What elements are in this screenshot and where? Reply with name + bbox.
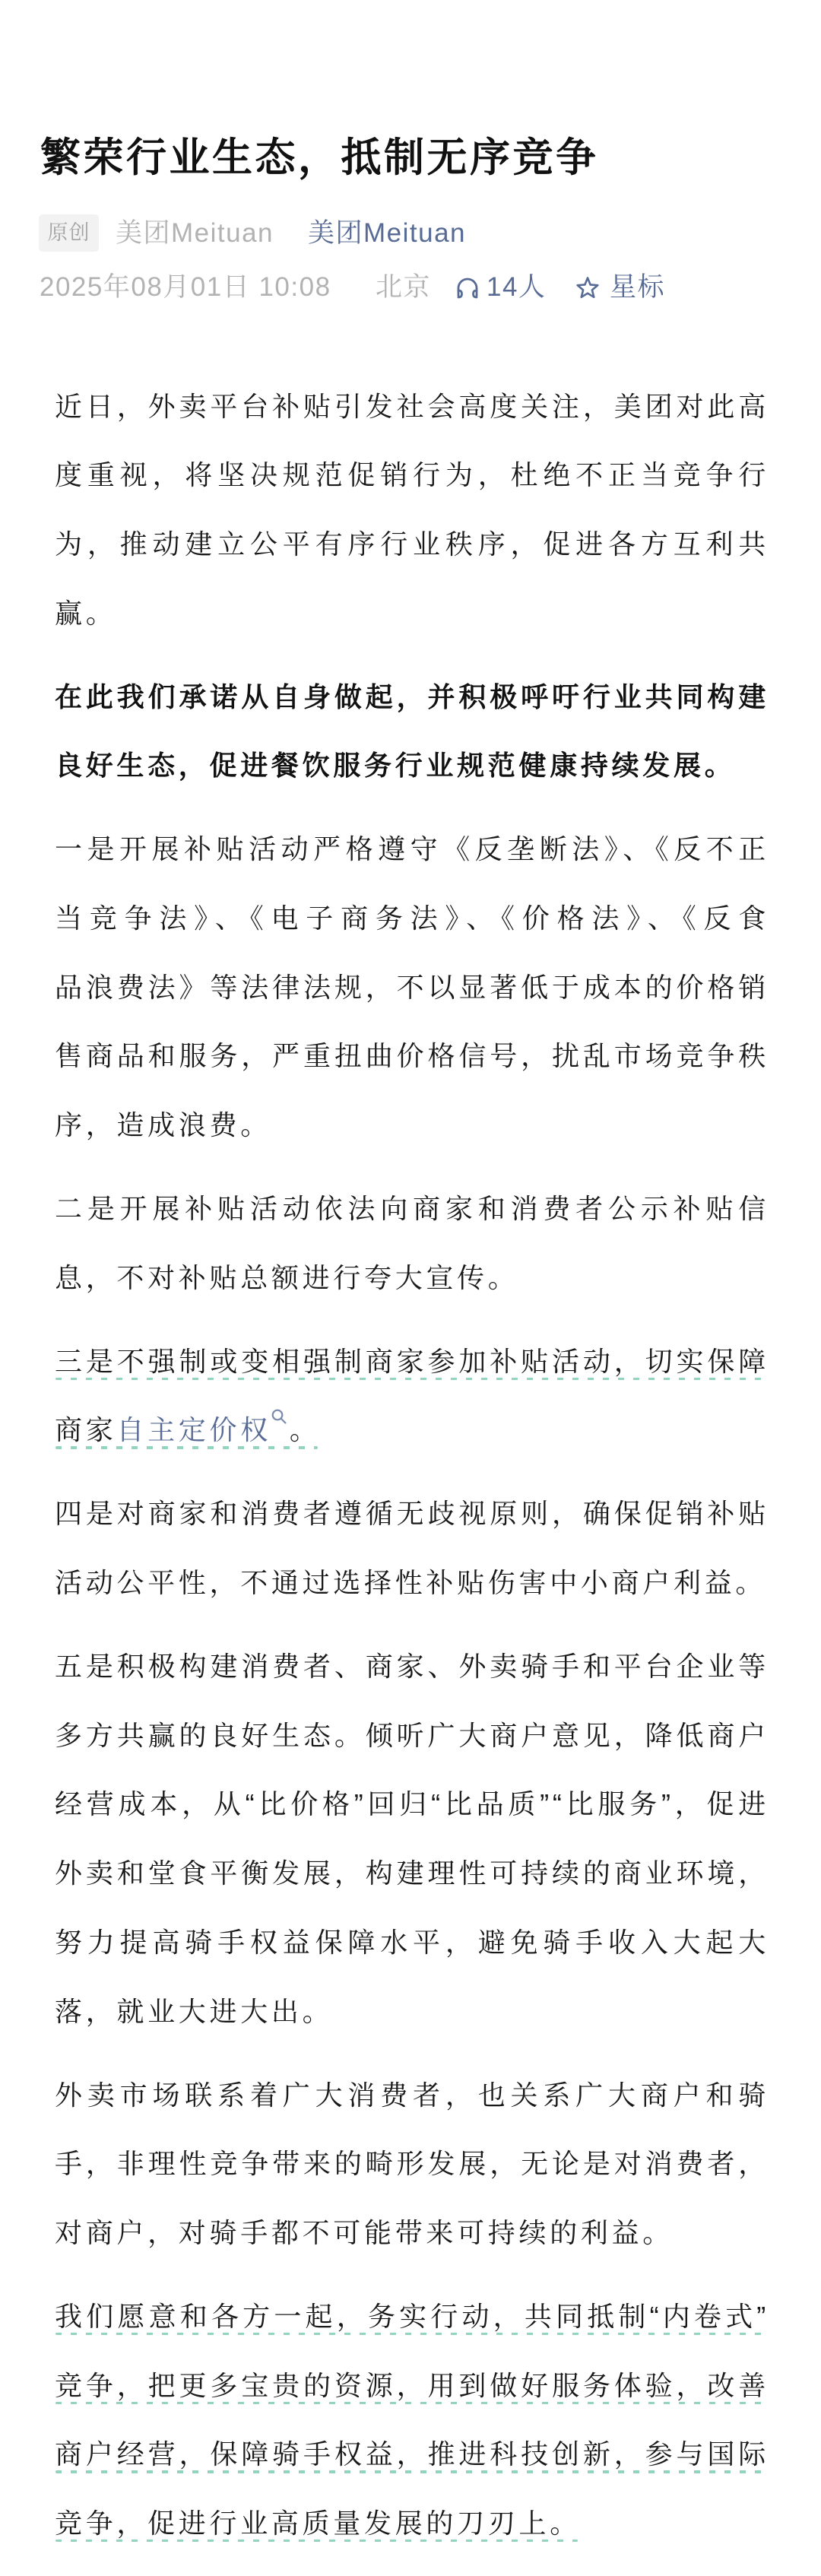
- text-segment: 。: [290, 1414, 321, 1445]
- highlighted-text[interactable]: 竞争，把更多宝贵的资源，用到做好服务体验，改善: [55, 2352, 769, 2421]
- paragraph-line: 手，非理性竞争带来的畸形发展，无论是对消费者，: [55, 2130, 769, 2199]
- paragraph-line: 商家自主定价权。: [55, 1396, 769, 1465]
- paragraph-line: 为，推动建立公平有序行业秩序，促进各方互利共: [55, 510, 769, 579]
- paragraph-4: 二是开展补贴活动依法向商家和消费者公示补贴信 息，不对补贴总额进行夸大宣传。: [55, 1175, 769, 1312]
- text-segment: 商家: [55, 1414, 116, 1445]
- highlighted-text[interactable]: 商家自主定价权。: [55, 1396, 321, 1465]
- search-icon[interactable]: [271, 1409, 290, 1426]
- paragraph-line: 五是积极构建消费者、商家、外卖骑手和平台企业等: [55, 1632, 769, 1702]
- paragraph-line: 竞争，把更多宝贵的资源，用到做好服务体验，改善: [55, 2352, 769, 2421]
- paragraph-2-bold: 在此我们承诺从自身做起，并积极呼吁行业共同构建 良好生态，促进餐饮服务行业规范健…: [55, 663, 769, 801]
- paragraph-9-highlighted: 我们愿意和各方一起，务实行动，共同抵制“内卷式” 竞争，把更多宝贵的资源，用到做…: [55, 2283, 769, 2559]
- paragraph-line: 外卖和堂食平衡发展，构建理性可持续的商业环境，: [55, 1839, 769, 1908]
- paragraph-6: 四是对商家和消费者遵循无歧视原则，确保促销补贴 活动公平性，不通过选择性补贴伤害…: [55, 1480, 769, 1617]
- paragraph-line: 当竞争法》、《电子商务法》、《价格法》、《反食: [55, 884, 769, 953]
- account-link[interactable]: 美团Meituan: [308, 214, 466, 252]
- paragraph-line: 售商品和服务，严重扭曲价格信号，扰乱市场竞争秩: [55, 1022, 769, 1091]
- publish-date: 2025年08月01日 10:08: [40, 269, 331, 306]
- highlighted-text[interactable]: 我们愿意和各方一起，务实行动，共同抵制“内卷式”: [55, 2283, 769, 2352]
- paragraph-line: 四是对商家和消费者遵循无歧视原则，确保促销补贴: [55, 1480, 769, 1549]
- paragraph-line: 商户经营，保障骑手权益，推进科技创新，参与国际: [55, 2420, 769, 2489]
- paragraph-line: 赢。: [55, 579, 769, 649]
- paragraph-line: 二是开展补贴活动依法向商家和消费者公示补贴信: [55, 1175, 769, 1244]
- headphones-icon[interactable]: [455, 277, 480, 300]
- listen-count[interactable]: 14人: [487, 269, 546, 306]
- paragraph-line: 在此我们承诺从自身做起，并积极呼吁行业共同构建: [55, 663, 769, 732]
- paragraph-8: 外卖市场联系着广大消费者，也关系广大商户和骑 手，非理性竞争带来的畸形发展，无论…: [55, 2061, 769, 2268]
- paragraph-line: 我们愿意和各方一起，务实行动，共同抵制“内卷式”: [55, 2283, 769, 2352]
- paragraph-line: 三是不强制或变相强制商家参加补贴活动，切实保障: [55, 1328, 769, 1397]
- article-title: 繁荣行业生态，抵制无序竞争: [40, 132, 599, 185]
- search-keyword-link[interactable]: 自主定价权: [116, 1414, 271, 1445]
- paragraph-7: 五是积极构建消费者、商家、外卖骑手和平台企业等 多方共赢的良好生态。倾听广大商户…: [55, 1632, 769, 2046]
- paragraph-1: 近日，外卖平台补贴引发社会高度关注，美团对此高 度重视，将坚决规范促销行为，杜绝…: [55, 373, 769, 649]
- highlighted-text[interactable]: 商户经营，保障骑手权益，推进科技创新，参与国际: [55, 2420, 769, 2489]
- paragraph-line: 对商户，对骑手都不可能带来可持续的利益。: [55, 2199, 769, 2268]
- star-button[interactable]: 星标: [610, 269, 665, 306]
- paragraph-line: 竞争，促进行业高质量发展的刀刃上。: [55, 2489, 769, 2559]
- paragraph-line: 一是开展补贴活动严格遵守《反垄断法》、《反不正: [55, 815, 769, 884]
- paragraph-line: 活动公平性，不通过选择性补贴伤害中小商户利益。: [55, 1549, 769, 1618]
- paragraph-line: 近日，外卖平台补贴引发社会高度关注，美团对此高: [55, 373, 769, 442]
- paragraph-line: 努力提高骑手权益保障水平，避免骑手收入大起大: [55, 1908, 769, 1978]
- article-body: 近日，外卖平台补贴引发社会高度关注，美团对此高 度重视，将坚决规范促销行为，杜绝…: [55, 373, 769, 2573]
- paragraph-3: 一是开展补贴活动严格遵守《反垄断法》、《反不正 当竞争法》、《电子商务法》、《价…: [55, 815, 769, 1160]
- author-name: 美团Meituan: [116, 214, 274, 252]
- publish-location: 北京: [376, 269, 431, 306]
- highlighted-text[interactable]: 竞争，促进行业高质量发展的刀刃上。: [55, 2489, 581, 2559]
- paragraph-line: 多方共赢的良好生态。倾听广大商户意见，降低商户: [55, 1702, 769, 1771]
- paragraph-line: 落，就业大进大出。: [55, 1978, 769, 2047]
- paragraph-line: 品浪费法》等法律法规，不以显著低于成本的价格销: [55, 953, 769, 1023]
- paragraph-line: 良好生态，促进餐饮服务行业规范健康持续发展。: [55, 731, 769, 801]
- paragraph-line: 外卖市场联系着广大消费者，也关系广大商户和骑: [55, 2061, 769, 2130]
- star-outline-icon[interactable]: [574, 277, 601, 300]
- paragraph-line: 经营成本，从“比价格”回归“比品质”“比服务”，促进: [55, 1770, 769, 1839]
- paragraph-5-highlighted: 三是不强制或变相强制商家参加补贴活动，切实保障 商家自主定价权。: [55, 1328, 769, 1465]
- paragraph-line: 序，造成浪费。: [55, 1091, 769, 1160]
- paragraph-line: 息，不对补贴总额进行夸大宣传。: [55, 1244, 769, 1313]
- paragraph-line: 度重视，将坚决规范促销行为，杜绝不正当竞争行: [55, 441, 769, 510]
- highlighted-text[interactable]: 三是不强制或变相强制商家参加补贴活动，切实保障: [55, 1328, 769, 1397]
- original-badge: 原创: [39, 214, 99, 252]
